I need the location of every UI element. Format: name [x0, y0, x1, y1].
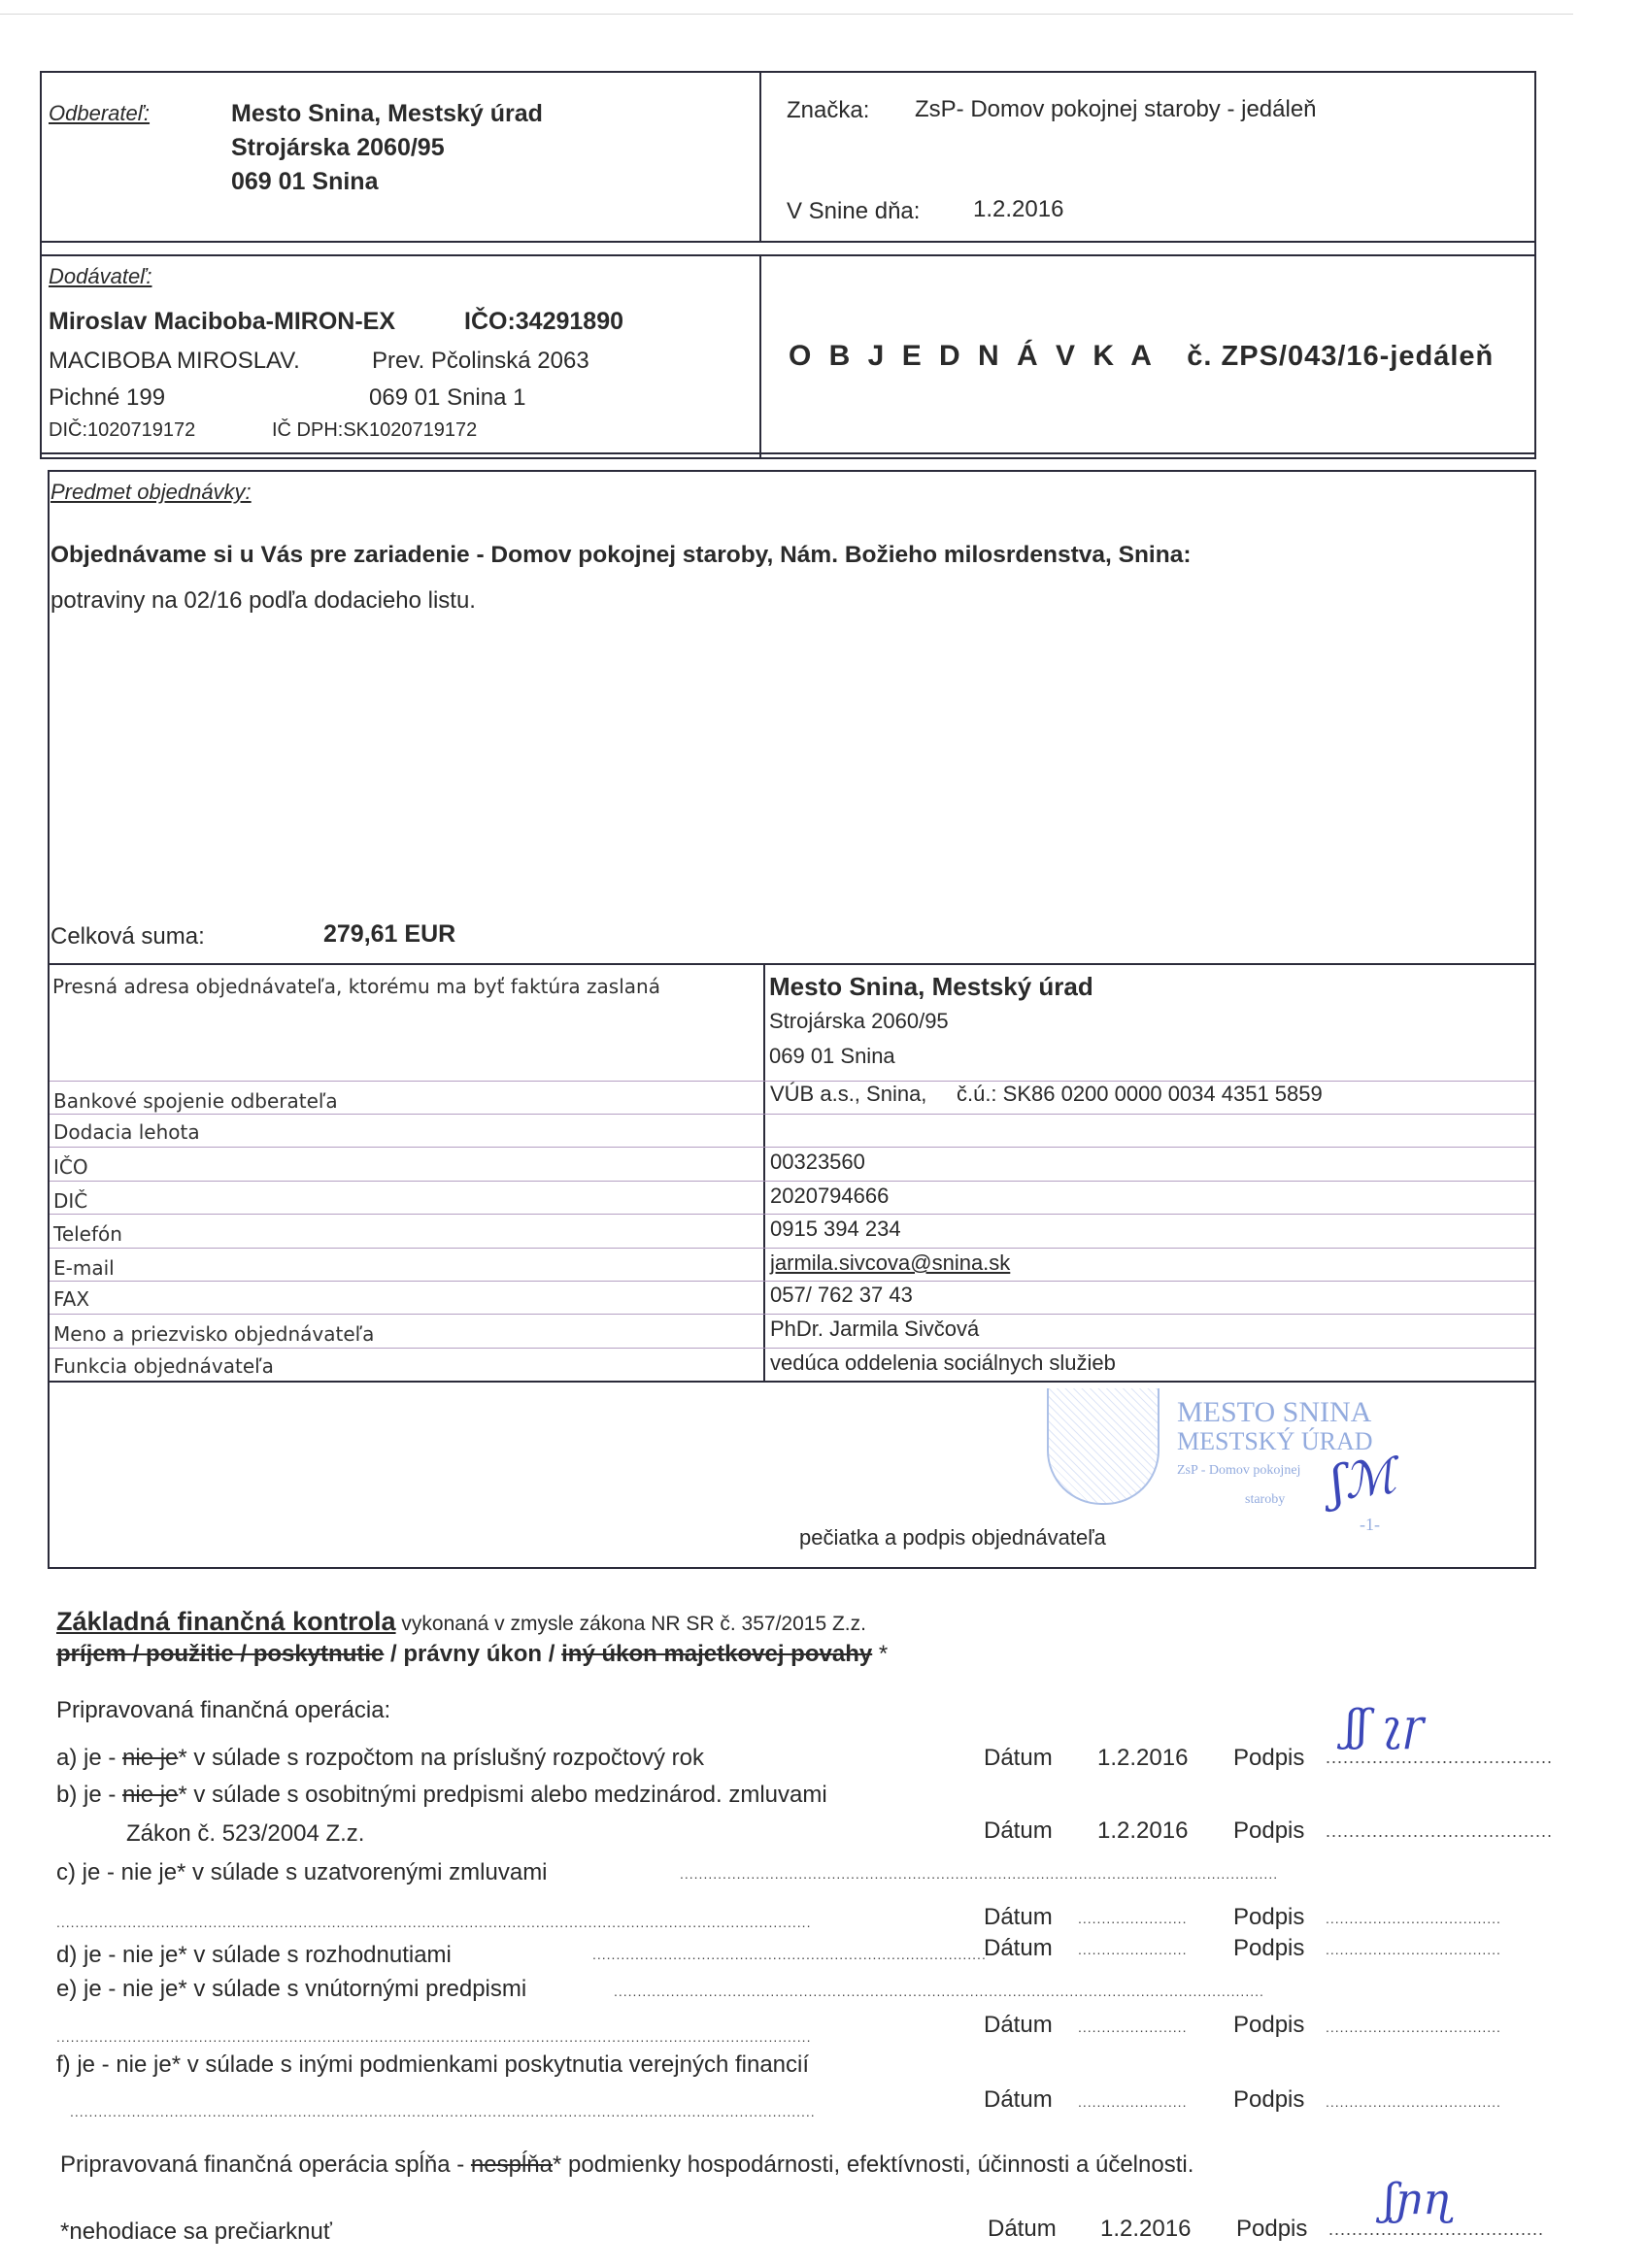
stamp-coat-of-arms-icon	[1047, 1388, 1160, 1505]
control-final-statement: Pripravovaná finančná operácia spĺňa - n…	[60, 2151, 1193, 2179]
item-f-date-label: Dátum	[984, 2086, 1053, 2114]
final-date: 1.2.2016	[1100, 2216, 1191, 2243]
detail-row: E-mail jarmila.sivcova@snina.sk	[50, 1249, 1534, 1281]
order-title-word: O B J E D N Á V K A	[789, 340, 1157, 372]
date-label: V Snine dňa:	[787, 198, 920, 225]
supplier-label: Dodávateľ:	[49, 264, 151, 289]
detail-row: Funkcia objednávateľa vedúca oddelenia s…	[50, 1349, 1534, 1381]
item-c-sign-label: Podpis	[1233, 1904, 1304, 1931]
control-item-f: f) je - nie je* v súlade s inými podmien…	[56, 2051, 809, 2079]
detail-label-fax: FAX	[53, 1287, 89, 1311]
details-bottom-divider	[48, 1381, 1536, 1383]
subject-line-2: potraviny na 02/16 podľa dodacieho listu…	[50, 587, 476, 615]
scan-top-edge	[0, 14, 1573, 15]
final-date-label: Dátum	[988, 2216, 1057, 2243]
invoice-address: Mesto Snina, Mestský úrad Strojárska 206…	[769, 969, 1093, 1074]
total-value: 279,61 EUR	[323, 920, 455, 949]
item-d-date-field[interactable]: .......................	[1078, 1942, 1187, 1957]
item-b-date: 1.2.2016	[1097, 1818, 1188, 1845]
detail-label-dic: DIČ	[53, 1189, 87, 1213]
item-a-sign-field[interactable]: .......................................	[1326, 1748, 1553, 1768]
supplier-ico: IČO:34291890	[464, 308, 623, 336]
detail-value-name: PhDr. Jarmila Sivčová	[770, 1317, 979, 1342]
supplier-owner: MACIBOBA MIROSLAV.	[49, 348, 300, 375]
customer-name: Mesto Snina, Mestský úrad	[231, 97, 543, 131]
reference-label: Značka:	[787, 97, 869, 124]
item-f-date-field[interactable]: .......................	[1078, 2094, 1187, 2110]
supplier-icdph: IČ DPH:SK1020719172	[272, 419, 477, 442]
detail-value-phone: 0915 394 234	[770, 1217, 901, 1242]
item-a-prefix: a) je -	[56, 1745, 122, 1771]
item-b-prefix: b) je -	[56, 1782, 122, 1808]
item-d-sign-field[interactable]: .....................................	[1326, 1942, 1501, 1957]
item-c-date-field[interactable]: .......................	[1078, 1911, 1187, 1926]
footnote: *nehodiace sa prečiarknuť	[60, 2218, 332, 2246]
item-c-note-field-2[interactable]: ........................................…	[56, 1915, 811, 1930]
item-a-date-label: Dátum	[984, 1745, 1053, 1772]
item-f-sign-field[interactable]: .....................................	[1326, 2094, 1501, 2110]
control-type-line: príjem / použitie / poskytnutie / právny…	[56, 1641, 888, 1668]
supplier-city: 069 01 Snina 1	[369, 384, 525, 412]
detail-label-delivery: Dodacia lehota	[53, 1120, 200, 1144]
subject-label: Predmet objednávky:	[50, 480, 252, 505]
detail-row: IČO 00323560	[50, 1148, 1534, 1180]
item-a-signature: ʃʃ ʅɼ	[1345, 1701, 1423, 1751]
item-d-note-field[interactable]: ........................................…	[592, 1947, 987, 1962]
item-e-note-field[interactable]: ........................................…	[614, 1984, 1264, 1999]
customer-label: Odberateľ:	[49, 101, 150, 126]
detail-row: FAX 057/ 762 37 43	[50, 1282, 1534, 1314]
customer-address: Mesto Snina, Mestský úrad Strojárska 206…	[231, 97, 543, 199]
final-signature: ʃɲɳ	[1384, 2175, 1453, 2224]
stamp-caption: pečiatka a podpis objednávateľa	[799, 1525, 1106, 1551]
header-row-divider-2	[40, 254, 1536, 256]
item-e-note-field-2[interactable]: ........................................…	[56, 2029, 811, 2045]
invoice-address-street: Strojárska 2060/95	[769, 1004, 1093, 1039]
control-title-line: Základná finančná kontrola vykonaná v zm…	[56, 1607, 866, 1637]
detail-label-function: Funkcia objednávateľa	[53, 1354, 274, 1378]
header-divider	[759, 71, 761, 241]
item-a-date: 1.2.2016	[1097, 1745, 1188, 1772]
total-label: Celková suma:	[50, 923, 205, 951]
separator: /	[542, 1641, 561, 1667]
separator: /	[384, 1641, 403, 1667]
final-prefix: Pripravovaná finančná operácia spĺňa -	[60, 2151, 471, 2178]
control-item-b: b) je - nie je* v súlade s osobitnými pr…	[56, 1782, 827, 1809]
detail-value-ico: 00323560	[770, 1150, 865, 1175]
item-e-date-field[interactable]: .......................	[1078, 2019, 1187, 2035]
detail-label-bank: Bankové spojenie odberateľa	[53, 1089, 338, 1113]
control-title: Základná finančná kontrola	[56, 1607, 396, 1636]
item-b-date-label: Dátum	[984, 1818, 1053, 1845]
stamp-signature: ʃℳ	[1327, 1448, 1398, 1513]
control-intro: Pripravovaná finančná operácia:	[56, 1697, 390, 1724]
header-row-divider	[40, 241, 1536, 243]
invoice-address-name: Mesto Snina, Mestský úrad	[769, 969, 1093, 1004]
order-title: O B J E D N Á V K A č. ZPS/043/16-jedále…	[789, 340, 1494, 373]
control-item-a: a) je - nie je* v súlade s rozpočtom na …	[56, 1745, 704, 1772]
item-b-law: Zákon č. 523/2004 Z.z.	[126, 1820, 364, 1848]
item-d-sign-label: Podpis	[1233, 1935, 1304, 1962]
final-sign-label: Podpis	[1236, 2216, 1307, 2243]
reference-value: ZsP- Domov pokojnej staroby - jedáleň	[915, 96, 1317, 123]
item-f-note-field[interactable]: ........................................…	[70, 2104, 816, 2119]
item-c-note-field[interactable]: ........................................…	[680, 1866, 1278, 1882]
supplier-dic: DIČ:1020719172	[49, 419, 195, 442]
item-e-sign-label: Podpis	[1233, 2012, 1304, 2039]
item-a-struck: nie je	[122, 1745, 178, 1771]
detail-label-name: Meno a priezvisko objednávateľa	[53, 1322, 374, 1346]
supplier-name: Miroslav Maciboba-MIRON-EX	[49, 308, 395, 336]
date-value: 1.2.2016	[973, 196, 1063, 223]
supplier-premises: Prev. Pčolinská 2063	[372, 348, 589, 375]
control-title-suffix: vykonaná v zmysle zákona NR SR č. 357/20…	[396, 1613, 866, 1635]
customer-street: Strojárska 2060/95	[231, 131, 543, 165]
supplier-row-divider	[40, 452, 1536, 454]
item-e-date-label: Dátum	[984, 2012, 1053, 2039]
item-a-sign-label: Podpis	[1233, 1745, 1304, 1772]
detail-row: DIČ 2020794666	[50, 1182, 1534, 1214]
invoice-address-city: 069 01 Snina	[769, 1039, 1093, 1074]
item-a-text: * v súlade s rozpočtom na príslušný rozp…	[178, 1745, 704, 1771]
control-item-e: e) je - nie je* v súlade s vnútornými pr…	[56, 1976, 526, 2003]
asterisk: *	[872, 1641, 888, 1667]
control-type-active: právny úkon	[403, 1641, 542, 1667]
detail-row: Meno a priezvisko objednávateľa PhDr. Ja…	[50, 1315, 1534, 1347]
detail-label-email: E-mail	[53, 1256, 115, 1280]
item-c-date-label: Dátum	[984, 1904, 1053, 1931]
detail-label-ico: IČO	[53, 1155, 88, 1179]
control-type-struck-2: iný úkon majetkovej povahy	[561, 1641, 872, 1667]
item-b-text: * v súlade s osobitnými predpismi alebo …	[178, 1782, 826, 1808]
control-item-d: d) je - nie je* v súlade s rozhodnutiami	[56, 1942, 452, 1969]
stamp-page-number: -1-	[1360, 1515, 1380, 1535]
detail-value-bank: VÚB a.s., Snina, č.ú.: SK86 0200 0000 00…	[770, 1082, 1323, 1107]
detail-row: Bankové spojenie odberateľa VÚB a.s., Sn…	[50, 1082, 1534, 1114]
stamp-line-1: MESTO SNINA	[1177, 1398, 1410, 1427]
detail-value-fax: 057/ 762 37 43	[770, 1283, 913, 1308]
item-f-sign-label: Podpis	[1233, 2086, 1304, 2114]
subject-line-1: Objednávame si u Vás pre zariadenie - Do…	[50, 542, 1192, 569]
supplier-divider	[759, 254, 761, 459]
final-text: * podmienky hospodárnosti, efektívnosti,…	[553, 2151, 1193, 2178]
item-e-sign-field[interactable]: .....................................	[1326, 2019, 1501, 2035]
customer-city: 069 01 Snina	[231, 165, 543, 199]
detail-label-phone: Telefón	[53, 1222, 122, 1246]
order-number: č. ZPS/043/16-jedáleň	[1187, 341, 1494, 372]
detail-row: Telefón 0915 394 234	[50, 1215, 1534, 1247]
supplier-address: Pichné 199	[49, 384, 165, 412]
item-c-sign-field[interactable]: .....................................	[1326, 1911, 1501, 1926]
item-b-struck: nie je	[122, 1782, 178, 1808]
control-item-c: c) je - nie je* v súlade s uzatvorenými …	[56, 1859, 548, 1886]
detail-value-email[interactable]: jarmila.sivcova@snina.sk	[770, 1251, 1010, 1276]
detail-row: Dodacia lehota	[50, 1115, 1534, 1147]
item-b-sign-label: Podpis	[1233, 1818, 1304, 1845]
control-type-struck-1: príjem / použitie / poskytnutie	[56, 1641, 384, 1667]
detail-value-function: vedúca oddelenia sociálnych služieb	[770, 1351, 1116, 1376]
item-b-sign-field[interactable]: .......................................	[1326, 1821, 1553, 1842]
detail-value-dic: 2020794666	[770, 1184, 889, 1209]
item-d-date-label: Dátum	[984, 1935, 1053, 1962]
final-struck: nespĺňa	[471, 2151, 553, 2178]
invoice-address-label: Presná adresa objednávateľa, ktorému ma …	[52, 975, 660, 998]
